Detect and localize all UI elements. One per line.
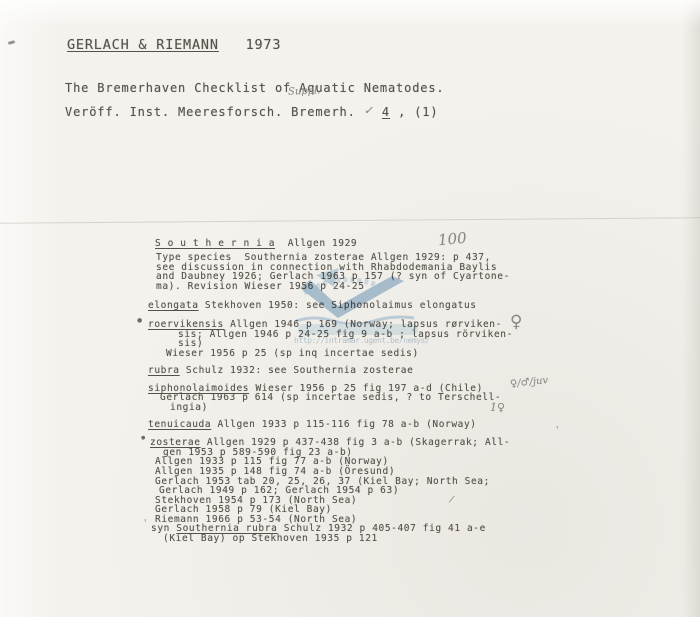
journal-reference-line: Veröff. Inst. Meeresforsch. Bremerh. ✓ 4… xyxy=(65,105,438,119)
text-line: sis; Allgen 1946 p 24-25 fig 9 a-b ; lap… xyxy=(178,330,513,340)
handwritten-sex-counts: ♀/♂/juv xyxy=(510,375,549,390)
authors-text: GERLACH & RIEMANN xyxy=(67,37,219,53)
text-line: Wieser 1956 p 25 (sp inq incertae sedis) xyxy=(166,349,419,359)
text-line: Gerlach 1963 p 614 (sp incertae sedis, ?… xyxy=(160,393,501,403)
handwritten-tick: ' xyxy=(556,426,558,436)
ink-speck xyxy=(8,40,16,45)
handwritten-checkmark: ✓ xyxy=(364,104,374,117)
handwritten-100: 100 xyxy=(437,229,467,249)
space xyxy=(374,105,382,119)
issue-text: , (1) xyxy=(390,105,438,119)
handwritten-tick: / xyxy=(449,495,454,505)
text-line: S o u t h e r n i a Allgen 1929 xyxy=(155,239,357,249)
handwritten-one-female: 1♀ xyxy=(490,401,505,414)
volume-number: 4 xyxy=(382,105,390,119)
year-text: 1973 xyxy=(246,37,282,53)
text-line: (Kiel Bay) op Stekhoven 1935 p 121 xyxy=(163,534,378,544)
scanned-document-page: GERLACH & RIEMANN 1973 The Bremerhaven C… xyxy=(0,0,700,617)
heading-gap xyxy=(219,37,246,53)
space xyxy=(356,105,364,119)
pencil-dot-bullet: ● xyxy=(137,317,142,324)
text-line: ma). Revision Wieser 1956 p 24-25 xyxy=(156,282,365,292)
author-year-heading: GERLACH & RIEMANN 1973 xyxy=(67,37,281,53)
text-line: ingia) xyxy=(170,403,208,413)
journal-name: Veröff. Inst. Meeresforsch. Bremerh. xyxy=(65,105,356,119)
pencil-dot-bullet: ● xyxy=(141,435,145,441)
handwritten-female-symbol: ♀ xyxy=(510,312,522,332)
publication-title: The Bremerhaven Checklist of Aquatic Nem… xyxy=(65,81,445,95)
text-line: tenuicauda Allgen 1933 p 115-116 fig 78 … xyxy=(148,420,477,430)
handwritten-tick: ' xyxy=(144,519,146,529)
paper-crease-line xyxy=(0,217,700,224)
text-line: elongata Stekhoven 1950: see Siphonolaim… xyxy=(148,301,477,311)
text-line: rubra Schulz 1932: see Southernia zoster… xyxy=(148,366,413,376)
handwritten-suppl: Suppl. xyxy=(288,85,321,97)
